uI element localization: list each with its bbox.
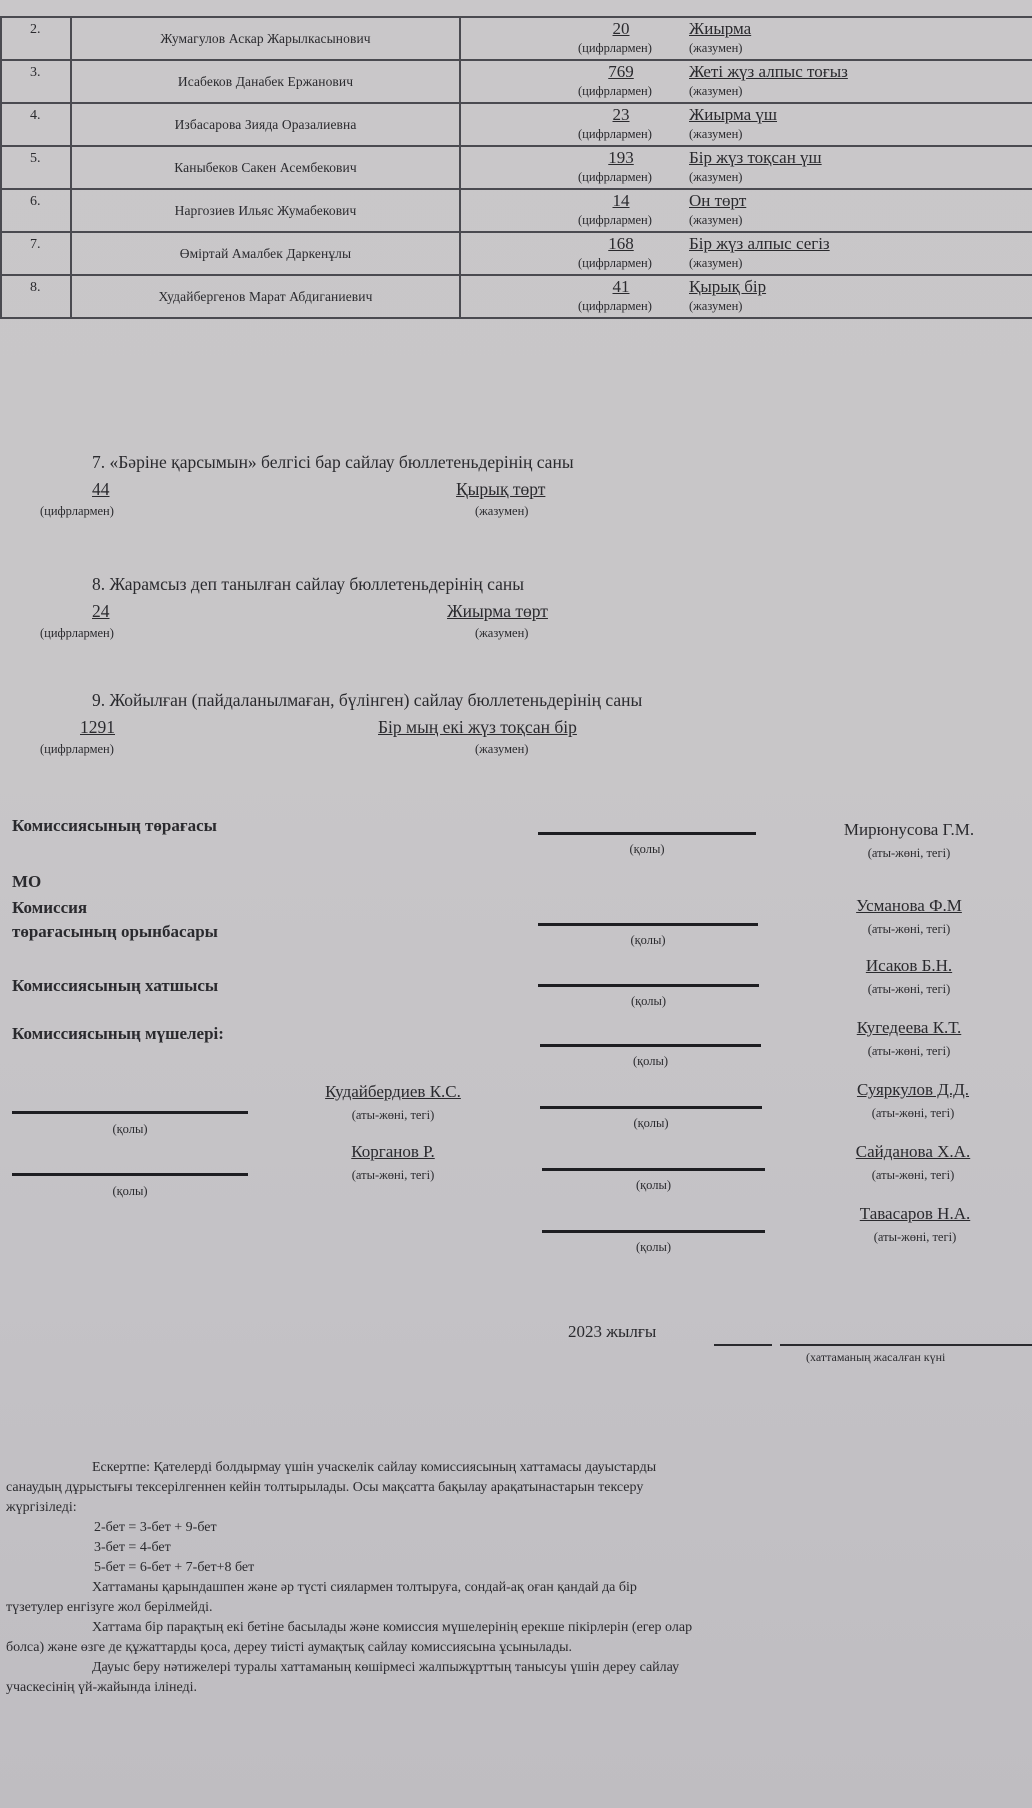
row-number: 2. [1,17,71,60]
section-title: 9. Жойылған (пайдаланылмаған, бүлінген) … [92,690,642,711]
votes-words: Жиырма [689,19,751,39]
count-digits: 44 [92,479,110,500]
signature-caption: (қолы) [538,994,759,1009]
row-number: 7. [1,232,71,275]
signature-caption: (қолы) [538,842,756,857]
note-line: санаудың дұрыстығы тексерілгеннен кейін … [6,1478,1032,1498]
role-chair: Комиссиясының төрағасы [12,816,217,836]
table-row: 7.Өміртай Амалбек Даркенұлы168(цифрларме… [1,232,1032,275]
candidate-name: Худайбергенов Марат Абдиганиевич [71,275,460,318]
signature-caption: (қолы) [540,1054,761,1069]
date-month-line[interactable] [780,1344,1032,1346]
candidate-votes-table: 2.Жумагулов Аскар Жарылкасынович20(цифрл… [0,16,1032,319]
candidate-name: Избасарова Зияда Оразалиевна [71,103,460,146]
votes-cell: 168(цифрлармен)Бір жүз алпыс сегіз(жазум… [460,232,1032,275]
votes-cell: 20(цифрлармен)Жиырма(жазумен) [460,17,1032,60]
role-secretary: Комиссиясының хатшысы [12,976,218,996]
digits-caption: (цифрлармен) [40,504,114,519]
votes-words: Жеті жүз алпыс тоғыз [689,62,848,82]
votes-cell: 41(цифрлармен)Қырық бір(жазумен) [460,275,1032,318]
row-number: 4. [1,103,71,146]
signature-line-secretary[interactable] [538,984,759,987]
signature-caption: (қолы) [12,1184,248,1199]
votes-digits: 193 [581,148,661,168]
words-caption: (жазумен) [689,256,742,271]
name-caption: (аты-жөні, тегі) [786,982,1032,997]
note-line: болса) және өзге де құжаттарды қоса, дер… [6,1638,1032,1658]
digits-caption: (цифрлармен) [578,299,652,314]
table-row: 3.Исабеков Данабек Ержанович769(цифрларм… [1,60,1032,103]
footnote: Ескертпе: Қателерді болдырмау үшін учаск… [6,1458,1032,1698]
votes-digits: 23 [581,105,661,125]
digits-caption: (цифрлармен) [578,256,652,271]
signature-line-member[interactable] [542,1168,765,1171]
words-caption: (жазумен) [475,626,528,641]
words-caption: (жазумен) [689,213,742,228]
votes-words: Қырық бір [689,277,766,297]
words-caption: (жазумен) [475,504,528,519]
count-words: Бір мың екі жүз тоқсан бір [378,717,577,738]
role-deputy-line2: төрағасының орынбасары [12,922,218,942]
votes-cell: 14(цифрлармен)Он төрт(жазумен) [460,189,1032,232]
name-caption: (аты-жөні, тегі) [792,1230,1032,1245]
votes-words: Бір жүз алпыс сегіз [689,234,830,254]
role-members: Комиссиясының мүшелері: [12,1024,224,1044]
date-label: 2023 жылғы [568,1322,656,1342]
name-caption: (аты-жөні, тегі) [282,1168,504,1183]
control-formula: 5-бет = 6-бет + 7-бет+8 бет [6,1558,1032,1578]
candidate-name: Исабеков Данабек Ержанович [71,60,460,103]
candidate-name: Өміртай Амалбек Даркенұлы [71,232,460,275]
role-deputy-line1: Комиссия [12,898,87,918]
date-day-line[interactable] [714,1344,772,1346]
count-words: Жиырма төрт [447,601,548,622]
votes-digits: 14 [581,191,661,211]
votes-words: Бір жүз тоқсан үш [689,148,822,168]
person-name-member: Корганов Р. [282,1142,504,1162]
digits-caption: (цифрлармен) [578,41,652,56]
candidate-name: Наргозиев Ильяс Жумабекович [71,189,460,232]
count-digits: 1291 [80,717,115,738]
table-row: 8.Худайбергенов Марат Абдиганиевич41(циф… [1,275,1032,318]
row-number: 8. [1,275,71,318]
person-name-member: Кудайбердиев К.С. [282,1082,504,1102]
votes-words: Он төрт [689,191,746,211]
person-name-member: Суяркулов Д.Д. [790,1080,1032,1100]
table-row: 5.Каныбеков Сакен Асембекович193(цифрлар… [1,146,1032,189]
votes-digits: 41 [581,277,661,297]
row-number: 5. [1,146,71,189]
table-row: 6.Наргозиев Ильяс Жумабекович14(цифрларм… [1,189,1032,232]
note-line: жүргізіледі: [6,1498,1032,1518]
words-caption: (жазумен) [475,742,528,757]
signature-line-deputy[interactable] [538,923,758,926]
person-name-secretary: Исаков Б.Н. [786,956,1032,976]
signature-caption: (қолы) [542,1240,765,1255]
control-formula: 2-бет = 3-бет + 9-бет [6,1518,1032,1538]
section-title: 7. «Бәріне қарсымын» белгісі бар сайлау … [92,452,574,473]
signature-line-member[interactable] [540,1106,762,1109]
digits-caption: (цифрлармен) [578,84,652,99]
digits-caption: (цифрлармен) [578,170,652,185]
candidate-name: Каныбеков Сакен Асембекович [71,146,460,189]
count-digits: 24 [92,601,110,622]
table-row: 2.Жумагулов Аскар Жарылкасынович20(цифрл… [1,17,1032,60]
section-title: 8. Жарамсыз деп танылған сайлау бюллетен… [92,574,524,595]
signature-line-member[interactable] [12,1111,248,1114]
row-number: 3. [1,60,71,103]
signature-caption: (қолы) [538,933,758,948]
digits-caption: (цифрлармен) [578,127,652,142]
note-line: түзетулер енгізуге жол берілмейді. [6,1598,1032,1618]
name-caption: (аты-жөні, тегі) [786,846,1032,861]
signature-line-member[interactable] [12,1173,248,1176]
votes-digits: 769 [581,62,661,82]
note-line: Дауыс беру нәтижелері туралы хаттаманың … [6,1658,1032,1678]
candidate-name: Жумагулов Аскар Жарылкасынович [71,17,460,60]
signature-line-member[interactable] [542,1230,765,1233]
name-caption: (аты-жөні, тегі) [790,1106,1032,1121]
words-caption: (жазумен) [689,299,742,314]
votes-cell: 23(цифрлармен)Жиырма үш(жазумен) [460,103,1032,146]
digits-caption: (цифрлармен) [40,626,114,641]
words-caption: (жазумен) [689,84,742,99]
note-line: Хаттама бір парақтың екі бетіне басылады… [6,1618,1032,1638]
date-caption: (хаттаманың жасалған күні [806,1350,945,1365]
votes-digits: 20 [581,19,661,39]
count-words: Қырық төрт [456,479,545,500]
note-line: учаскесінің үй-жайында ілінеді. [6,1678,1032,1698]
digits-caption: (цифрлармен) [40,742,114,757]
person-name-member: Тавасаров Н.А. [792,1204,1032,1224]
votes-cell: 193(цифрлармен)Бір жүз тоқсан үш(жазумен… [460,146,1032,189]
words-caption: (жазумен) [689,127,742,142]
name-caption: (аты-жөні, тегі) [786,922,1032,937]
votes-digits: 168 [581,234,661,254]
control-formula: 3-бет = 4-бет [6,1538,1032,1558]
signature-line-chair[interactable] [538,832,756,835]
signature-line-member[interactable] [540,1044,761,1047]
votes-cell: 769(цифрлармен)Жеті жүз алпыс тоғыз(жазу… [460,60,1032,103]
person-name-member: Кугедеева К.Т. [786,1018,1032,1038]
name-caption: (аты-жөні, тегі) [786,1044,1032,1059]
person-name-member: Сайданова Х.А. [790,1142,1032,1162]
signature-caption: (қолы) [12,1122,248,1137]
votes-words: Жиырма үш [689,105,777,125]
row-number: 6. [1,189,71,232]
signature-caption: (қолы) [540,1116,762,1131]
words-caption: (жазумен) [689,170,742,185]
name-caption: (аты-жөні, тегі) [790,1168,1032,1183]
role-mo: МО [12,872,41,892]
name-caption: (аты-жөні, тегі) [282,1108,504,1123]
digits-caption: (цифрлармен) [578,213,652,228]
note-line: Хаттаманы қарындашпен және әр түсті сиял… [6,1578,1032,1598]
note-line: Ескертпе: Қателерді болдырмау үшін учаск… [6,1458,1032,1478]
signature-caption: (қолы) [542,1178,765,1193]
table-row: 4.Избасарова Зияда Оразалиевна23(цифрлар… [1,103,1032,146]
election-protocol-page: 2.Жумагулов Аскар Жарылкасынович20(цифрл… [0,0,1032,1808]
person-name-chair: Мирюнусова Г.М. [786,820,1032,840]
person-name-deputy: Усманова Ф.М [786,896,1032,916]
words-caption: (жазумен) [689,41,742,56]
